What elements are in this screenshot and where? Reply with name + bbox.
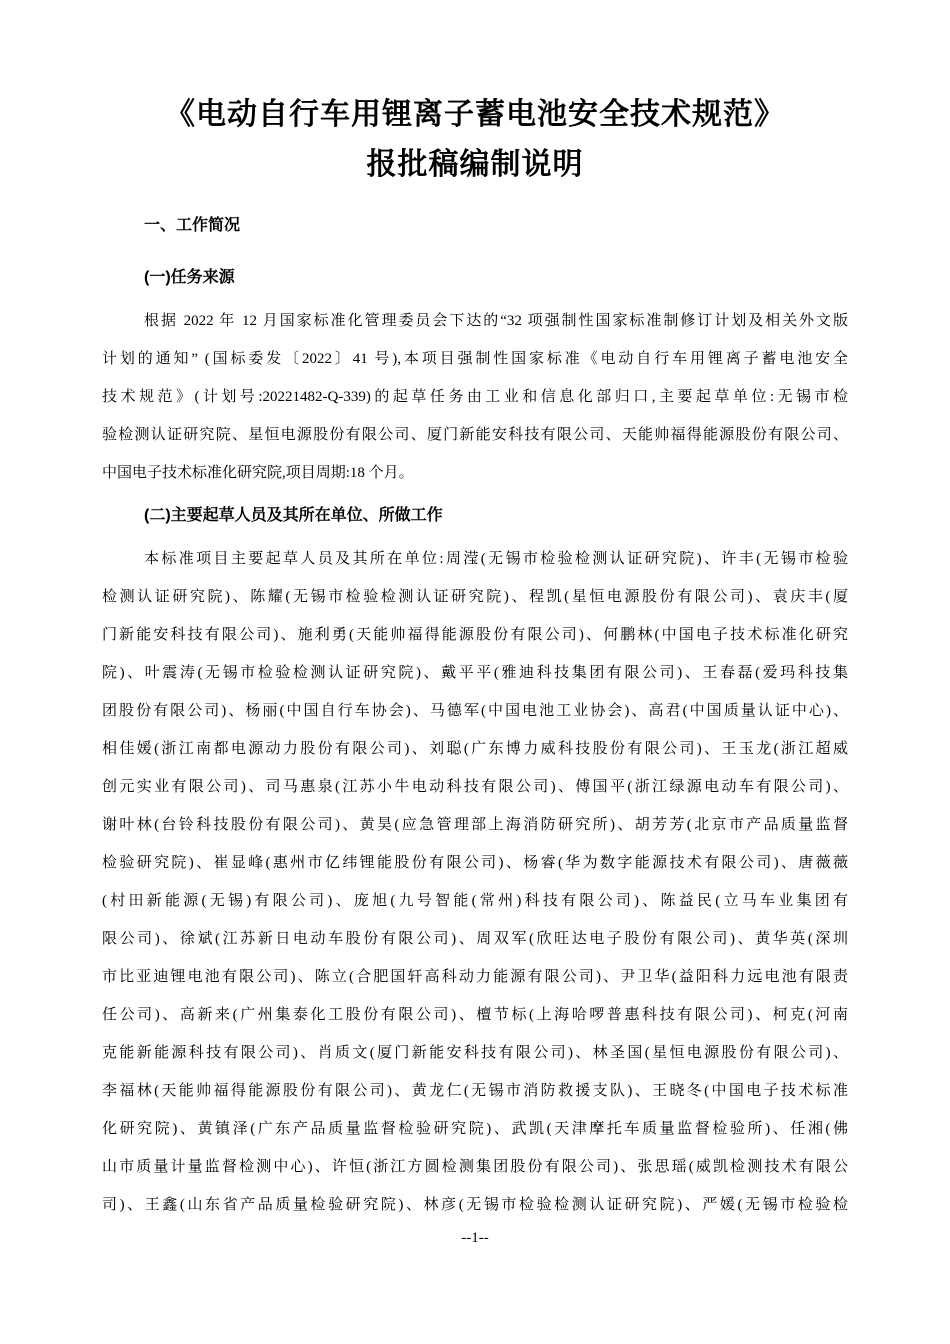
section-heading-work-summary: 一、工作简况 [102, 216, 848, 236]
paragraph-line: (村田新能源(无锡)有限公司)、庞旭(九号智能(常州)科技有限公司)、陈益民(立… [102, 882, 848, 920]
paragraph-line: 克能新能源科技有限公司)、肖质文(厦门新能安科技有限公司)、林圣国(星恒电源股份… [102, 1034, 848, 1072]
document-title: 《电动自行车用锂离子蓄电池安全技术规范》 报批稿编制说明 [102, 90, 848, 190]
paragraph-line: 检验研究院)、崔显峰(惠州市亿纬锂能股份有限公司)、杨睿(华为数字能源技术有限公… [102, 844, 848, 882]
page-number: --1-- [0, 1228, 950, 1248]
paragraph-line: 院)、叶震涛(无锡市检验检测认证研究院)、戴平平(雅迪科技集团有限公司)、王春磊… [102, 654, 848, 692]
document-page: 《电动自行车用锂离子蓄电池安全技术规范》 报批稿编制说明 一、工作简况 (一)任… [0, 0, 950, 1344]
document-content: 《电动自行车用锂离子蓄电池安全技术规范》 报批稿编制说明 一、工作简况 (一)任… [0, 90, 950, 1224]
subsection-heading-drafters: (二)主要起草人员及其所在单位、所做工作 [102, 506, 848, 526]
paragraph-line: 团股份有限公司)、杨丽(中国自行车协会)、马德军(中国电池工业协会)、高君(中国… [102, 692, 848, 730]
paragraph-line: 相佳媛(浙江南都电源动力股份有限公司)、刘聪(广东博力威科技股份有限公司)、王玉… [102, 730, 848, 768]
document-title-line-1: 《电动自行车用锂离子蓄电池安全技术规范》 [102, 90, 848, 140]
paragraph-line: 技术规范》(计划号:20221482-Q-339)的起草任务由工业和信息化部归口… [102, 378, 848, 416]
paragraph-line: 本标准项目主要起草人员及其所在单位:周滢(无锡市检验检测认证研究院)、许丰(无锡… [102, 540, 848, 578]
paragraph-line: 限公司)、徐斌(江苏新日电动车股份有限公司)、周双军(欣旺达电子股份有限公司)、… [102, 920, 848, 958]
paragraph-task-source: 根据 2022 年 12 月国家标准化管理委员会下达的“32 项强制性国家标准制… [102, 302, 848, 492]
paragraph-line: 谢叶林(台铃科技股份有限公司)、黄昊(应急管理部上海消防研究所)、胡芳芳(北京市… [102, 806, 848, 844]
paragraph-line: 验检测认证研究院、星恒电源股份有限公司、厦门新能安科技有限公司、天能帅福得能源股… [102, 416, 848, 454]
paragraph-line: 门新能安科技有限公司)、施利勇(天能帅福得能源股份有限公司)、何鹏林(中国电子技… [102, 616, 848, 654]
paragraph-line: 化研究院)、黄镇泽(广东产品质量监督检验研究院)、武凯(天津摩托车质量监督检验所… [102, 1110, 848, 1148]
subsection-heading-task-source: (一)任务来源 [102, 268, 848, 288]
paragraph-line: 创元实业有限公司)、司马惠泉(江苏小牛电动科技有限公司)、傅国平(浙江绿源电动车… [102, 768, 848, 806]
paragraph-line: 市比亚迪锂电池有限公司)、陈立(合肥国轩高科动力能源有限公司)、尹卫华(益阳科力… [102, 958, 848, 996]
paragraph-line: 根据 2022 年 12 月国家标准化管理委员会下达的“32 项强制性国家标准制… [102, 302, 848, 340]
paragraph-line: 中国电子技术标准化研究院,项目周期:18 个月。 [102, 454, 848, 492]
paragraph-line: 检测认证研究院)、陈耀(无锡市检验检测认证研究院)、程凯(星恒电源股份有限公司)… [102, 578, 848, 616]
paragraph-line: 司)、王鑫(山东省产品质量检验研究院)、林彦(无锡市检验检测认证研究院)、严媛(… [102, 1186, 848, 1224]
document-title-line-2: 报批稿编制说明 [102, 140, 848, 190]
paragraph-line: 任公司)、高新来(广州集泰化工股份有限公司)、檀节标(上海哈啰普惠科技有限公司)… [102, 996, 848, 1034]
paragraph-drafters: 本标准项目主要起草人员及其所在单位:周滢(无锡市检验检测认证研究院)、许丰(无锡… [102, 540, 848, 1224]
paragraph-line: 计划的通知” (国标委发〔2022〕41 号),本项目强制性国家标准《电动自行车… [102, 340, 848, 378]
paragraph-line: 山市质量计量监督检测中心)、许恒(浙江方圆检测集团股份有限公司)、张思瑶(威凯检… [102, 1148, 848, 1186]
paragraph-line: 李福林(天能帅福得能源股份有限公司)、黄龙仁(无锡市消防救援支队)、王晓冬(中国… [102, 1072, 848, 1110]
